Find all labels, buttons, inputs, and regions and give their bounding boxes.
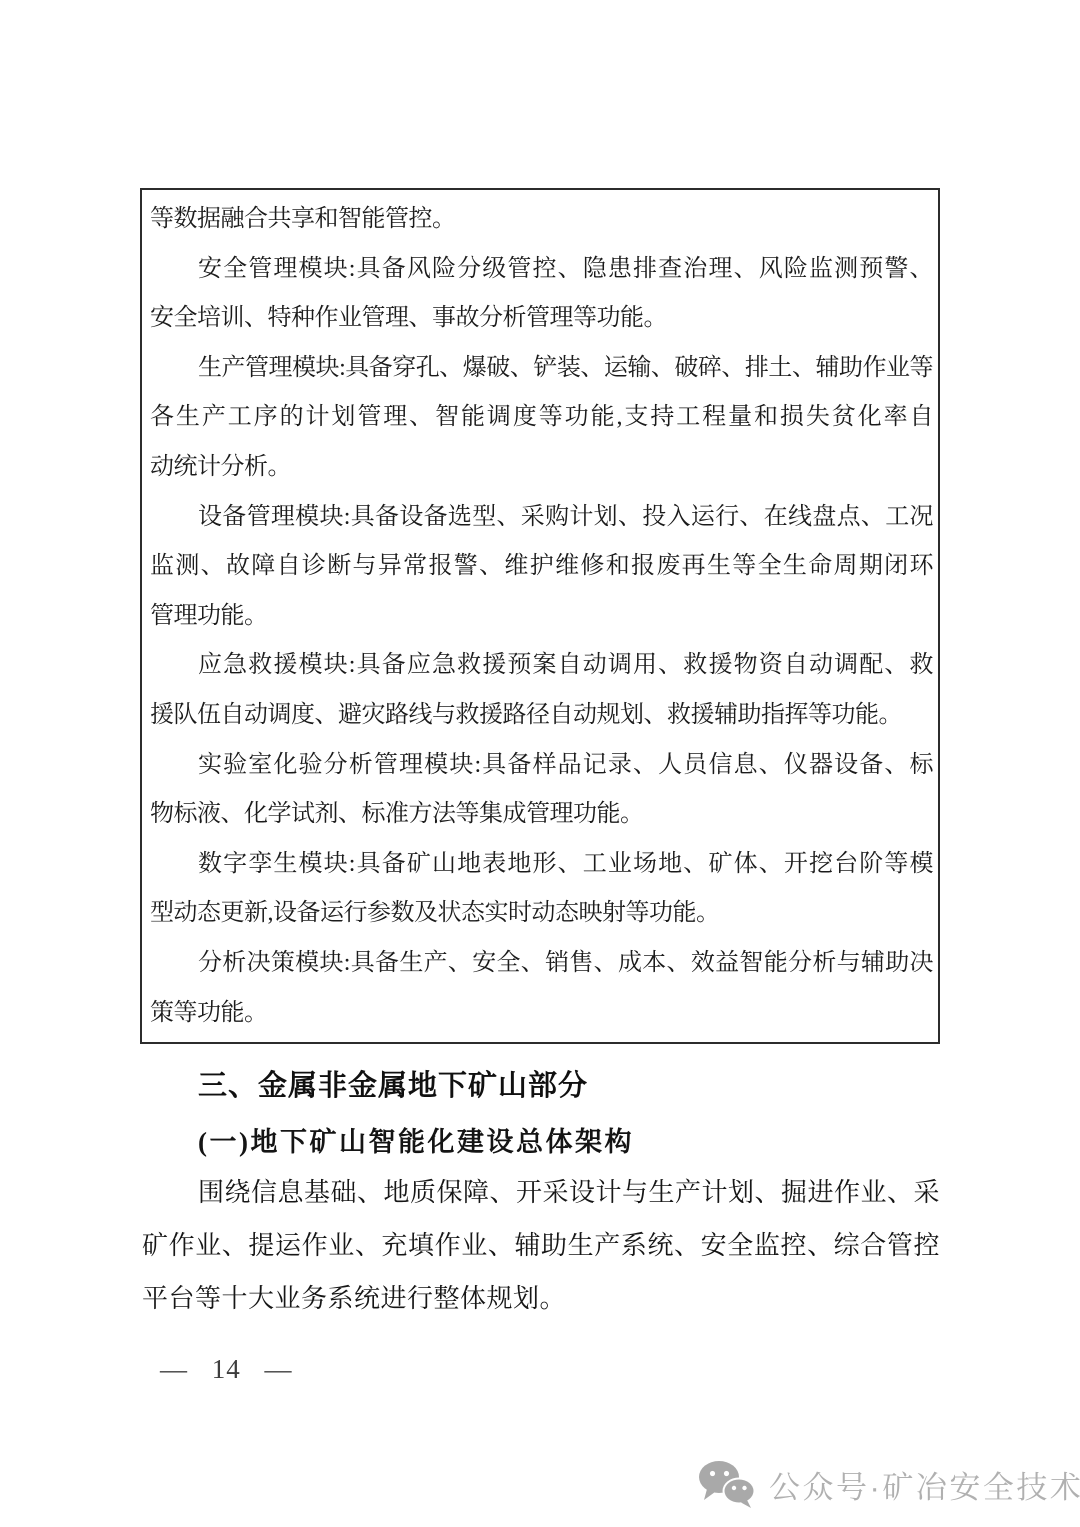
watermark-text: 公众号·矿冶安全技术 — [769, 1462, 1080, 1507]
text-line: 等数据融合共享和智能管控。 — [150, 195, 933, 245]
text-line: 动统计分析。 — [150, 443, 933, 493]
text-line: 型动态更新,设备运行参数及状态实时动态映射等功能。 — [150, 889, 933, 939]
wechat-icon — [698, 1460, 756, 1508]
text-line: 数字孪生模块:具备矿山地表地形、工业场地、矿体、开挖台阶等模 — [150, 840, 933, 890]
text-line: 实验室化验分析管理模块:具备样品记录、人员信息、仪器设备、标 — [150, 741, 933, 791]
text-line: 设备管理模块:具备设备选型、采购计划、投入运行、在线盘点、工况 — [150, 493, 933, 543]
text-line: 监测、故障自诊断与异常报警、维护维修和报废再生等全生命周期闭环 — [150, 542, 933, 592]
page-number: — 14 — — [160, 1354, 293, 1385]
overview-paragraph: 围绕信息基础、地质保障、开采设计与生产计划、掘进作业、采矿作业、提运作业、充填作… — [142, 1166, 940, 1325]
text-line: 平台等十大业务系统进行整体规划。 — [142, 1272, 940, 1325]
text-line: 生产管理模块:具备穿孔、爆破、铲装、运输、破碎、排土、辅助作业等 — [150, 344, 933, 394]
text-line: 分析决策模块:具备生产、安全、销售、成本、效益智能分析与辅助决 — [150, 939, 933, 989]
text-line: 各生产工序的计划管理、智能调度等功能,支持工程量和损失贫化率自 — [150, 393, 933, 443]
text-line: 物标液、化学试剂、标准方法等集成管理功能。 — [150, 790, 933, 840]
text-line: 围绕信息基础、地质保障、开采设计与生产计划、掘进作业、采 — [142, 1166, 940, 1219]
text-line: 矿作业、提运作业、充填作业、辅助生产系统、安全监控、综合管控 — [142, 1219, 940, 1272]
document-page: 等数据融合共享和智能管控。安全管理模块:具备风险分级管控、隐患排查治理、风险监测… — [0, 0, 1080, 1527]
text-line: 管理功能。 — [150, 592, 933, 642]
section-heading: 三、金属非金属地下矿山部分 — [198, 1066, 588, 1106]
module-functions-box: 等数据融合共享和智能管控。安全管理模块:具备风险分级管控、隐患排查治理、风险监测… — [140, 188, 940, 1044]
text-line: 策等功能。 — [150, 989, 933, 1039]
watermark: 公众号·矿冶安全技术 — [698, 1460, 1080, 1508]
text-line: 安全管理模块:具备风险分级管控、隐患排查治理、风险监测预警、 — [150, 245, 933, 295]
text-line: 应急救援模块:具备应急救援预案自动调用、救援物资自动调配、救 — [150, 641, 933, 691]
subsection-heading: (一)地下矿山智能化建设总体架构 — [198, 1122, 634, 1162]
text-line: 援队伍自动调度、避灾路线与救援路径自动规划、救援辅助指挥等功能。 — [150, 691, 933, 741]
text-line: 安全培训、特种作业管理、事故分析管理等功能。 — [150, 294, 933, 344]
